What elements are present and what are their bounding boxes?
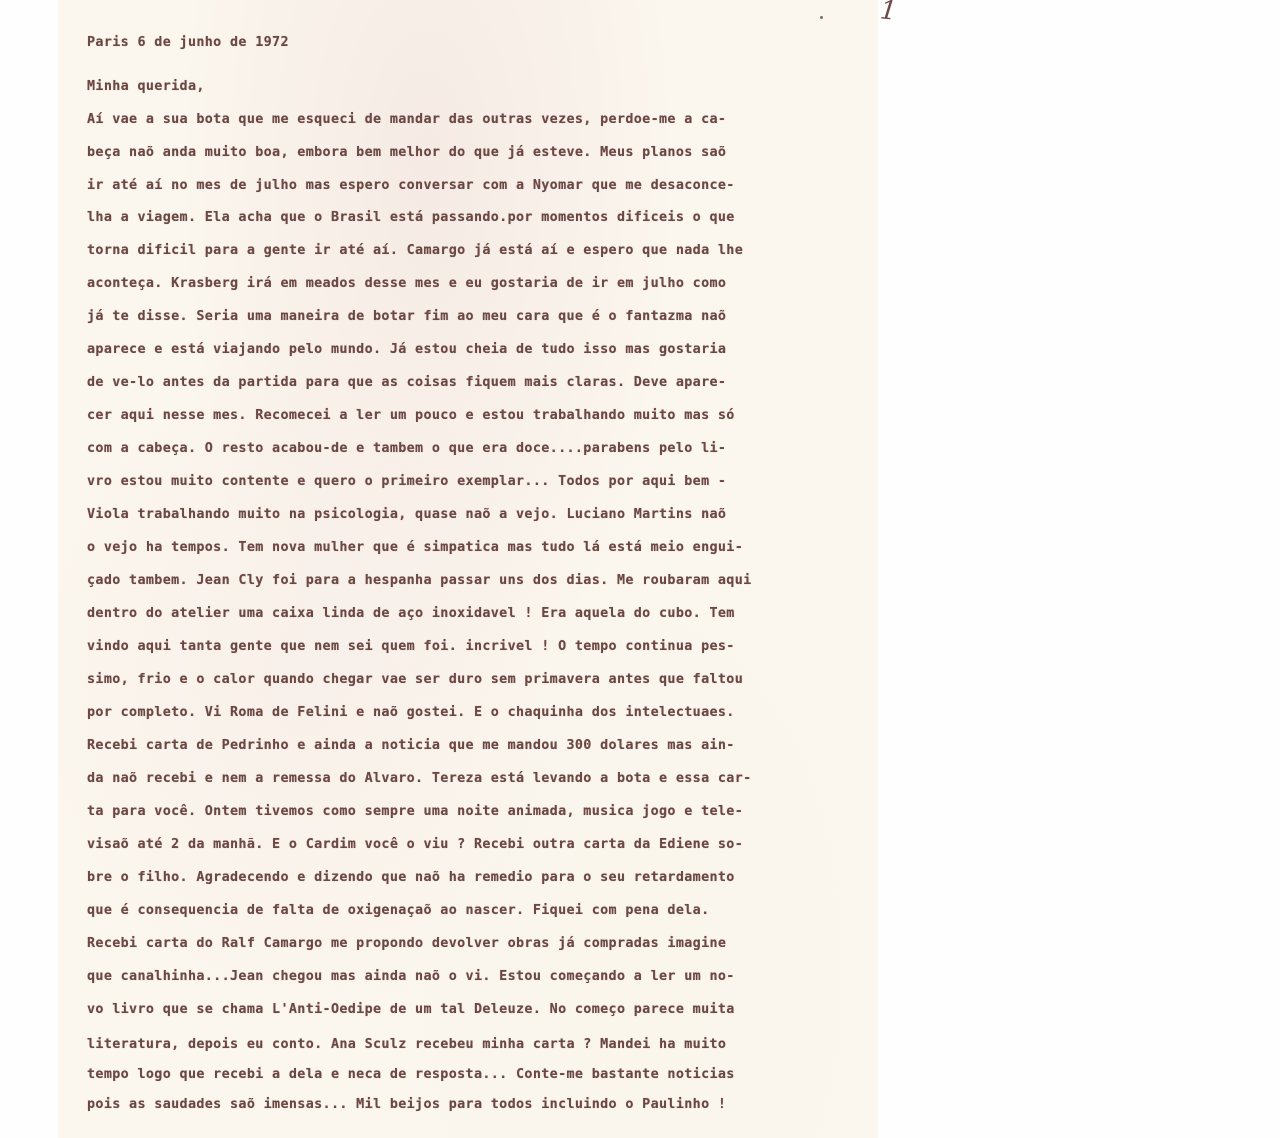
letter-line: beça naõ anda muito boa, embora bem melh… (87, 145, 726, 160)
letter-line: aparece e está viajando pelo mundo. Já e… (87, 342, 726, 357)
letter-line: da naõ recebi e nem a remessa do Alvaro.… (87, 771, 752, 786)
letter-salutation: Minha querida, (87, 79, 205, 94)
letter-line: bre o filho. Agradecendo e dizendo que n… (87, 870, 735, 885)
letter-line: literatura, depois eu conto. Ana Sculz r… (87, 1037, 726, 1052)
letter-line: Viola trabalhando muito na psicologia, q… (87, 507, 726, 522)
letter-line: lha a viagem. Ela acha que o Brasil está… (87, 210, 735, 225)
letter-line: já te disse. Seria uma maneira de botar … (87, 309, 726, 324)
letter-line: que é consequencia de falta de oxigenaça… (87, 903, 709, 918)
letter-line: com a cabeça. O resto acabou-de e tambem… (87, 441, 726, 456)
ink-mark (820, 16, 823, 19)
letter-line: Recebi carta do Ralf Camargo me propondo… (87, 936, 726, 951)
letter-line: ir até aí no mes de julho mas espero con… (87, 178, 735, 193)
letter-line: de ve-lo antes da partida para que as co… (87, 375, 726, 390)
letter-line: tempo logo que recebi a dela e neca de r… (87, 1067, 735, 1082)
letter-line: dentro do atelier uma caixa linda de aço… (87, 606, 735, 621)
letter-date: Paris 6 de junho de 1972 (87, 35, 289, 50)
letter-line: simo, frio e o calor quando chegar vae s… (87, 672, 743, 687)
letter-line: vro estou muito contente e quero o prime… (87, 474, 726, 489)
letter-line: torna dificil para a gente ir até aí. Ca… (87, 243, 743, 258)
letter-line: çado tambem. Jean Cly foi para a hespanh… (87, 573, 752, 588)
letter-line: vindo aqui tanta gente que nem sei quem … (87, 639, 735, 654)
letter-line: por completo. Vi Roma de Felini e naõ go… (87, 705, 735, 720)
letter-line: cer aqui nesse mes. Recomecei a ler um p… (87, 408, 735, 423)
letter-line: o vejo ha tempos. Tem nova mulher que é … (87, 540, 743, 555)
letter-line: que canalhinha...Jean chegou mas ainda n… (87, 969, 735, 984)
letter-line: Aí vae a sua bota que me esqueci de mand… (87, 112, 726, 127)
letter-line: ta para você. Ontem tivemos como sempre … (87, 804, 743, 819)
handwritten-page-number: 1 (878, 0, 898, 27)
letter-line: pois as saudades saõ imensas... Mil beij… (87, 1097, 726, 1112)
letter-line: vo livro que se chama L'Anti-Oedipe de u… (87, 1002, 735, 1017)
letter-line: Recebi carta de Pedrinho e ainda a notic… (87, 738, 735, 753)
letter-line: visaõ até 2 da manhã. E o Cardim você o … (87, 837, 743, 852)
letter-line: aconteça. Krasberg irá em meados desse m… (87, 276, 726, 291)
letter-page: 1 (58, 0, 878, 1138)
